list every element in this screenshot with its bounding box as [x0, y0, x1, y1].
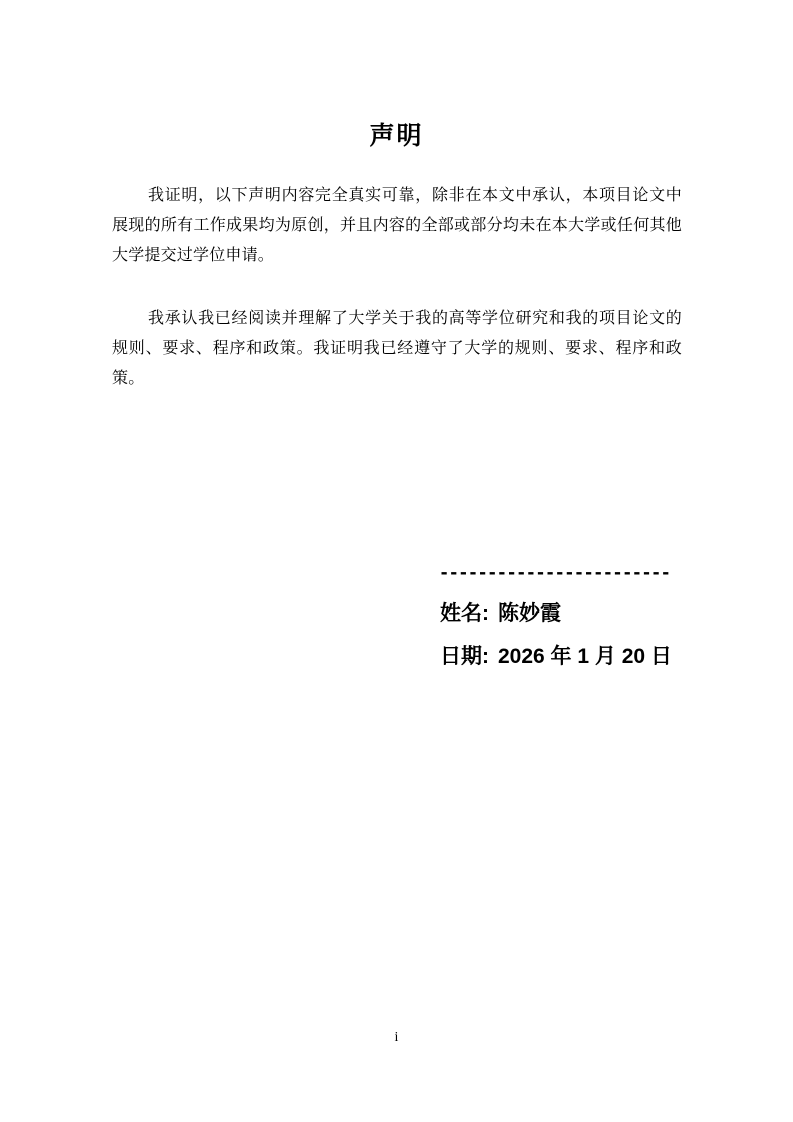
- signature-name-value: 陈妙霞: [498, 602, 561, 625]
- page-title: 声明: [0, 121, 793, 153]
- signature-name-label: 姓名:: [440, 602, 489, 625]
- declaration-paragraph-1: 我证明，以下声明内容完全真实可靠，除非在本文中承认，本项目论文中展现的所有工作成…: [112, 181, 682, 271]
- signature-line: ------------------------: [439, 563, 670, 583]
- signature-name-line: 姓名:陈妙霞: [440, 600, 561, 628]
- page-number: i: [0, 1029, 793, 1047]
- signature-date-value: 2026 年 1 月 20 日: [498, 645, 672, 668]
- signature-date-label: 日期:: [440, 645, 489, 668]
- signature-date-line: 日期:2026 年 1 月 20 日: [440, 643, 672, 671]
- document-page: 声明 我证明，以下声明内容完全真实可靠，除非在本文中承认，本项目论文中展现的所有…: [0, 0, 793, 1122]
- declaration-paragraph-2: 我承认我已经阅读并理解了大学关于我的高等学位研究和我的项目论文的规则、要求、程序…: [112, 304, 682, 394]
